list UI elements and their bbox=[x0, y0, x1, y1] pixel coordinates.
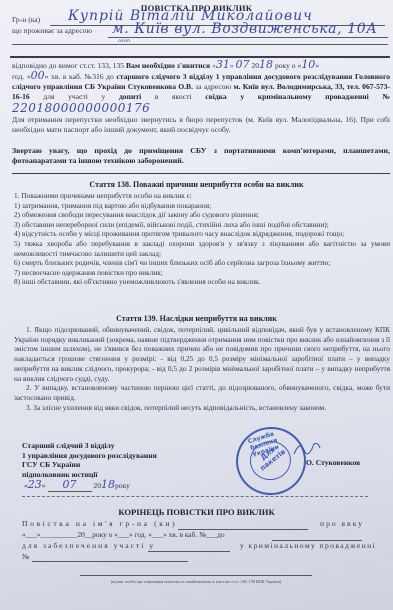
article-138-item: 2) обмеження свободи пересування внаслід… bbox=[14, 210, 390, 220]
summons-body: год. «00» хв. в каб. №316 до старшого сл… bbox=[12, 71, 390, 115]
pass-info: Для отримання перепустки необхідно зверн… bbox=[12, 115, 390, 135]
article-138-item: 6) смерть близьких родичів, членів сім'ї… bbox=[14, 258, 390, 268]
article-138-item: 3) обставини непереборної сили (епідемії… bbox=[14, 220, 390, 230]
address-second-underline bbox=[12, 44, 388, 45]
official-stamp: Служба безпеки України Для пакетів bbox=[232, 422, 311, 499]
stub-line-1: Повістка на ім'я гр-на (ки) bbox=[22, 519, 368, 529]
signature-block: Старший слідчий 3 відділу 1 управління д… bbox=[22, 441, 157, 479]
header-divider bbox=[10, 56, 390, 58]
stub-caption: (підпис особи про отримання повістки та … bbox=[60, 579, 332, 584]
signature-date: «23» 07 2018року bbox=[24, 480, 130, 492]
address-label: що проживає за адресою bbox=[12, 26, 92, 36]
equipment-warning: Звертаю увагу, що прохід до приміщення С… bbox=[12, 146, 390, 166]
stub-case-field bbox=[32, 561, 188, 562]
stub-line-4: № bbox=[22, 552, 29, 562]
appear-year: 18 bbox=[259, 58, 273, 71]
summons-document: ПОВІСТКА ПРО ВИКЛИК Гр-н (ка) Купрій Віт… bbox=[0, 0, 393, 610]
article-138-body: 1. Поважними причинами неприбуття особи … bbox=[14, 191, 390, 287]
article-139-paragraph: 1. Якщо підозрюваний, обвинувачений, сві… bbox=[14, 325, 390, 383]
address-underline bbox=[108, 37, 388, 38]
appear-month: 07 bbox=[236, 58, 250, 71]
stub-line-3: для забезпечення участі у bbox=[22, 541, 155, 551]
stub-line-3-end: у кримінальному провадженні bbox=[240, 541, 376, 551]
article-139-paragraph: 3. За злісне ухилення від явки свідок, п… bbox=[14, 403, 390, 413]
warning-divider bbox=[12, 173, 390, 174]
stub-signature-field bbox=[80, 575, 312, 576]
appear-hour: 10 bbox=[301, 58, 315, 71]
article-138-item: 4) відсутність особи у місці проживання … bbox=[14, 229, 390, 239]
article-138-item: 1) затримання, тримання під вартою або в… bbox=[14, 201, 390, 211]
summons-line-1: відповідно до вимог ст.ст. 133, 135 Вам … bbox=[12, 60, 390, 71]
case-number: 22018000000000176 bbox=[12, 101, 150, 115]
article-138-title: Стаття 138. Поважні причини неприбуття о… bbox=[0, 180, 393, 189]
address-value: м. Київ вул. Воздвиженська, 10А bbox=[112, 21, 377, 37]
article-138-item: 8) інші обставини, які об'єктивно унемож… bbox=[14, 277, 390, 287]
article-139-title: Стаття 139. Наслідки неприбуття на викли… bbox=[0, 314, 393, 323]
appear-day: 31 bbox=[216, 58, 230, 71]
recipient-label: Гр-н (ка) bbox=[12, 15, 40, 25]
stub-line-1-end: про явку bbox=[320, 519, 364, 529]
signer-name: О. Стуковенков bbox=[306, 458, 360, 467]
appear-minute: 00 bbox=[31, 69, 45, 82]
signature-scribble bbox=[292, 438, 322, 458]
article-138-item: 5) тяжка хвороба або перебування в закла… bbox=[14, 239, 390, 258]
stub-participation-field bbox=[148, 551, 230, 552]
stub-line-2: «___»__________20__року о «___» год. «__… bbox=[22, 530, 225, 540]
cut-line bbox=[22, 496, 368, 497]
article-138-item: 7) несвоєчасне одержання повістки про ви… bbox=[14, 268, 390, 278]
article-139-body: 1. Якщо підозрюваний, обвинувачений, сві… bbox=[14, 325, 390, 412]
article-139-paragraph: 2. У випадку, встановленому частиною пер… bbox=[14, 383, 390, 402]
stub-title: КОРІНЕЦЬ ПОВІСТКИ ПРО ВИКЛИК bbox=[0, 507, 393, 517]
